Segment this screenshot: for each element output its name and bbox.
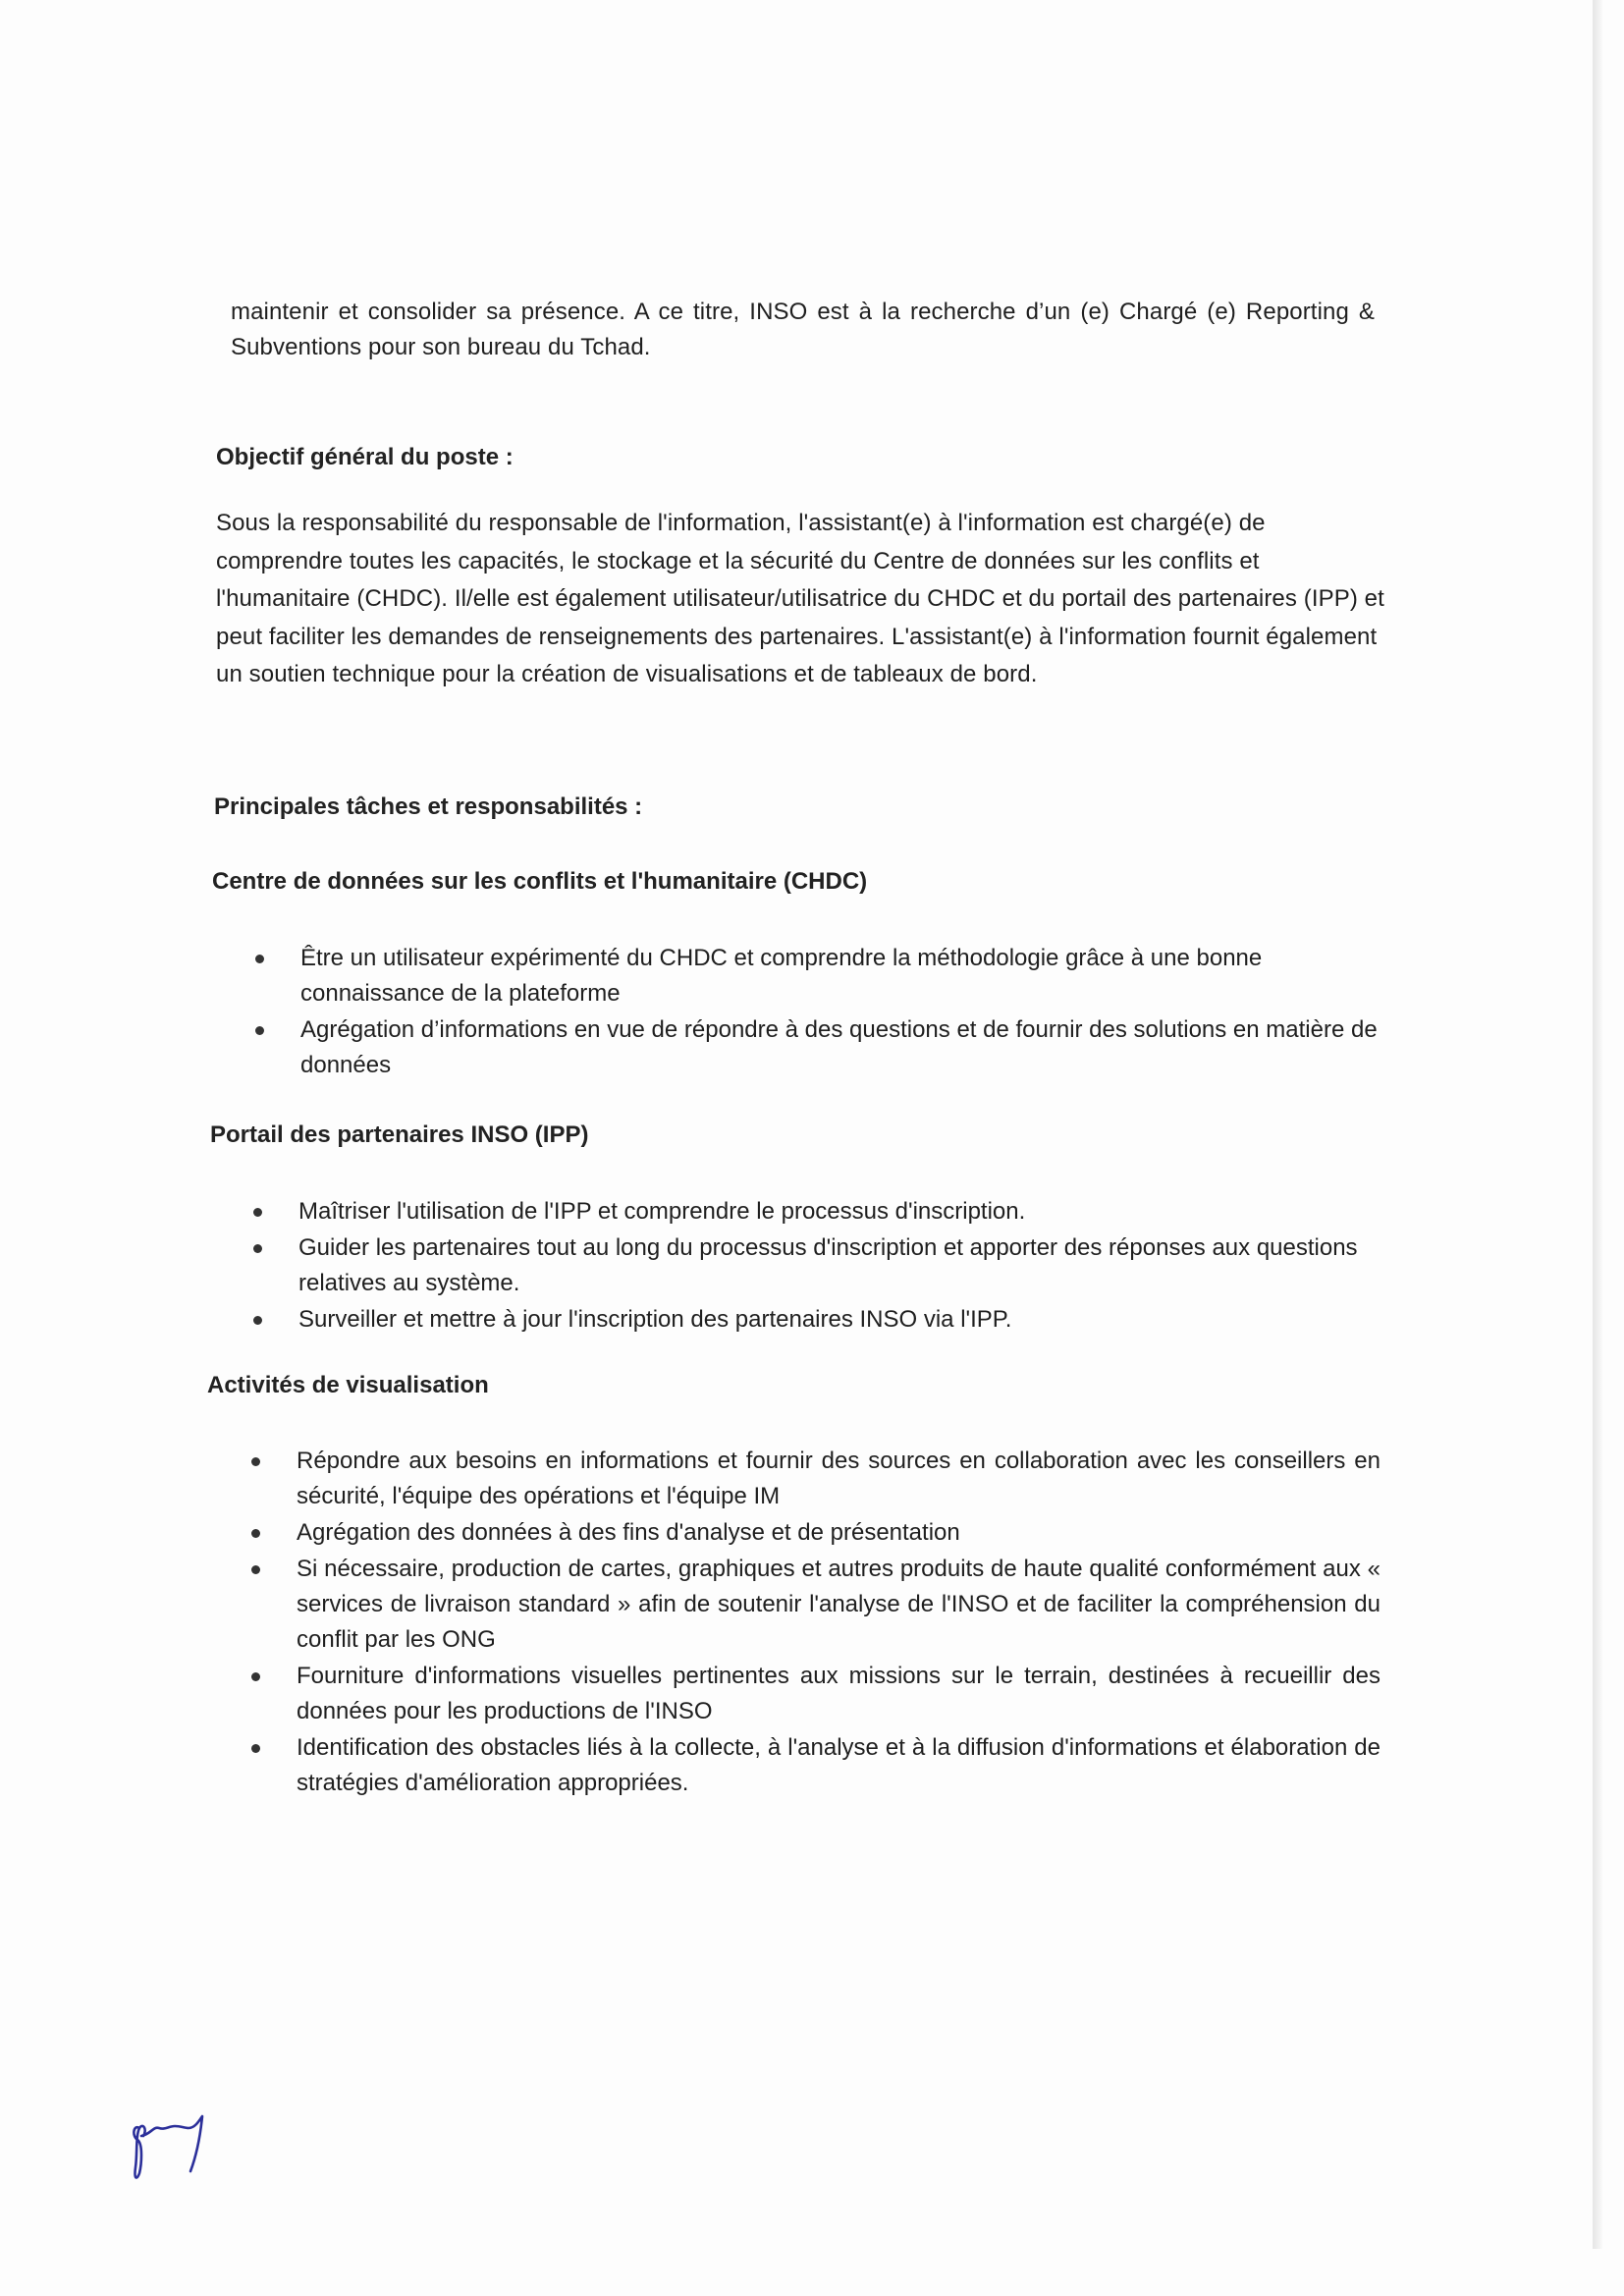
scan-edge-shadow — [1593, 0, 1602, 2249]
bullet-icon — [253, 1208, 262, 1217]
list-item: Être un utilisateur expérimenté du CHDC … — [255, 941, 1380, 1011]
list-item: Fourniture d'informations visuelles pert… — [251, 1659, 1380, 1729]
chdc-task-list: Être un utilisateur expérimenté du CHDC … — [255, 941, 1380, 1084]
document-page: maintenir et consolider sa présence. A c… — [0, 0, 1624, 2296]
handwritten-signature — [126, 2106, 244, 2195]
list-item: Répondre aux besoins en informations et … — [251, 1444, 1380, 1514]
section-heading-visualisation: Activités de visualisation — [207, 1370, 489, 1401]
bullet-icon — [251, 1529, 260, 1538]
bullet-icon — [251, 1672, 260, 1681]
list-item: Guider les partenaires tout au long du p… — [253, 1230, 1378, 1301]
ipp-task-list: Maîtriser l'utilisation de l'IPP et comp… — [253, 1194, 1378, 1339]
bullet-icon — [251, 1565, 260, 1574]
objective-heading: Objectif général du poste : — [216, 442, 514, 473]
bullet-icon — [253, 1244, 262, 1253]
bullet-icon — [255, 955, 264, 963]
list-item: Agrégation des données à des fins d'anal… — [251, 1515, 1380, 1551]
tasks-heading: Principales tâches et responsabilités : — [214, 792, 642, 823]
intro-paragraph: maintenir et consolider sa présence. A c… — [231, 295, 1375, 365]
objective-paragraph: Sous la responsabilité du responsable de… — [216, 505, 1389, 694]
list-item: Surveiller et mettre à jour l'inscriptio… — [253, 1302, 1378, 1338]
section-heading-ipp: Portail des partenaires INSO (IPP) — [210, 1120, 588, 1151]
visualisation-task-list: Répondre aux besoins en informations et … — [251, 1444, 1380, 1802]
bullet-icon — [251, 1457, 260, 1466]
list-item: Agrégation d’informations en vue de répo… — [255, 1012, 1380, 1083]
list-item: Maîtriser l'utilisation de l'IPP et comp… — [253, 1194, 1378, 1230]
bullet-icon — [251, 1744, 260, 1753]
section-heading-chdc: Centre de données sur les conflits et l'… — [212, 866, 867, 898]
list-item: Si nécessaire, production de cartes, gra… — [251, 1552, 1380, 1658]
bullet-icon — [255, 1026, 264, 1035]
bullet-icon — [253, 1316, 262, 1325]
list-item: Identification des obstacles liés à la c… — [251, 1730, 1380, 1801]
